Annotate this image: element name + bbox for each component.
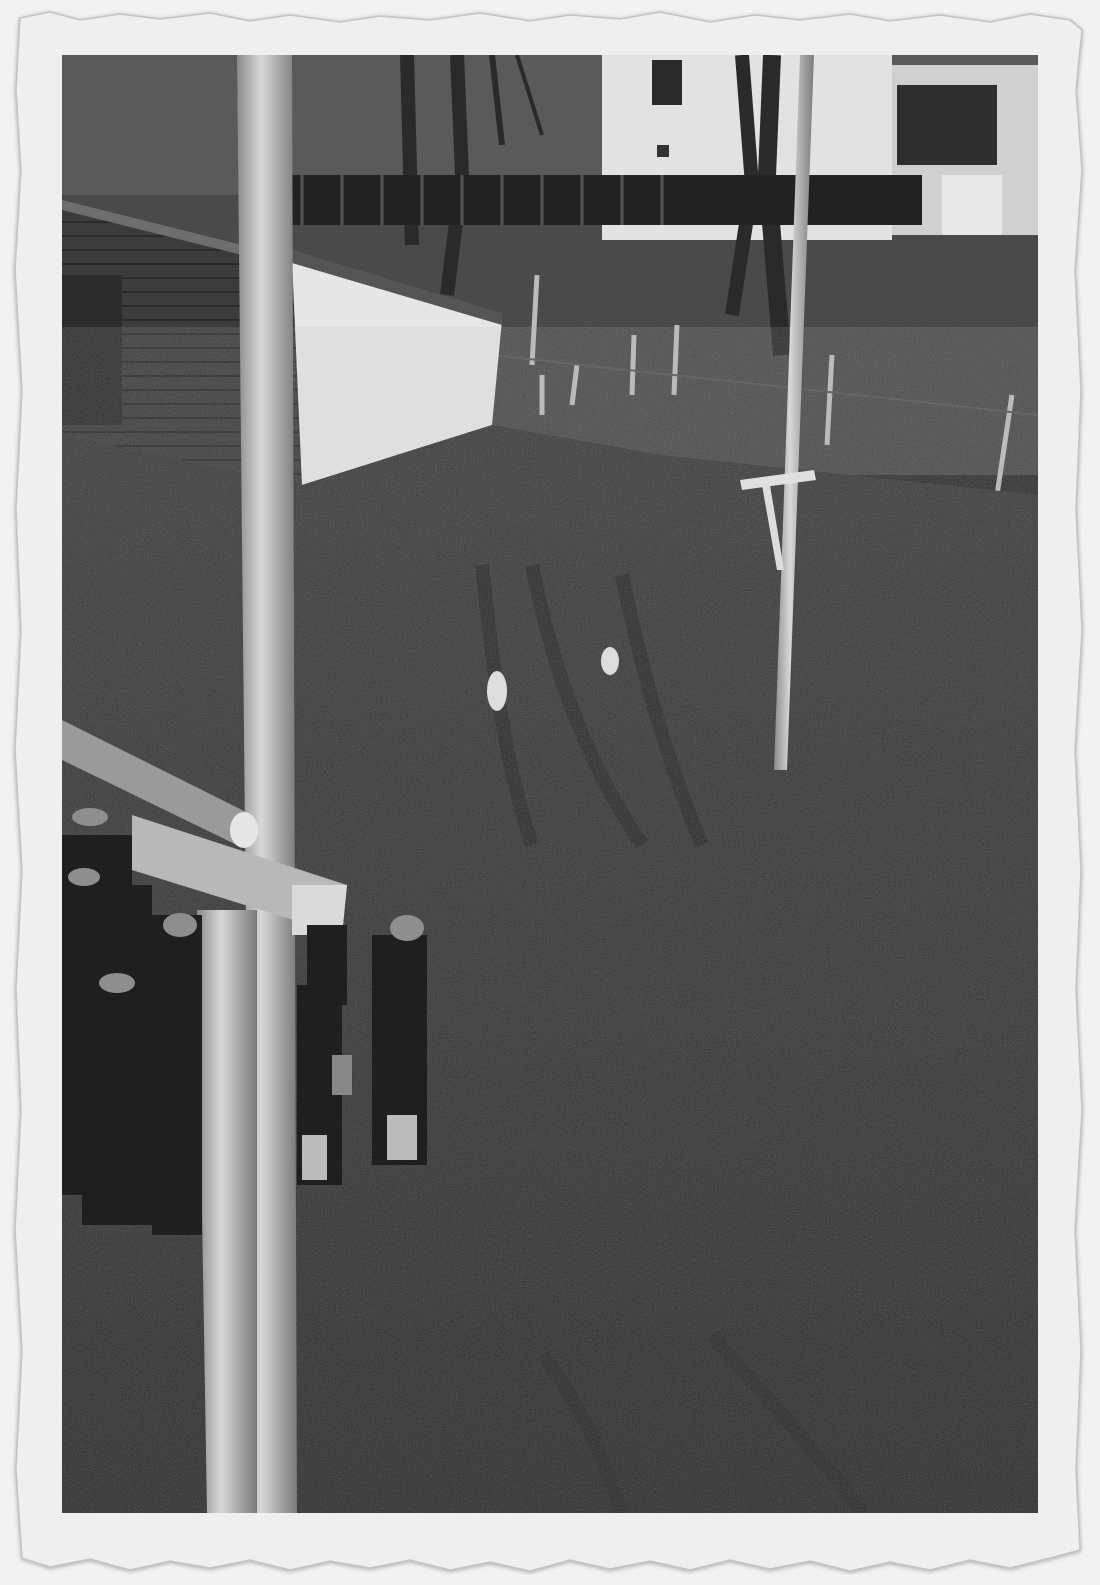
photograph [62, 55, 1038, 1513]
